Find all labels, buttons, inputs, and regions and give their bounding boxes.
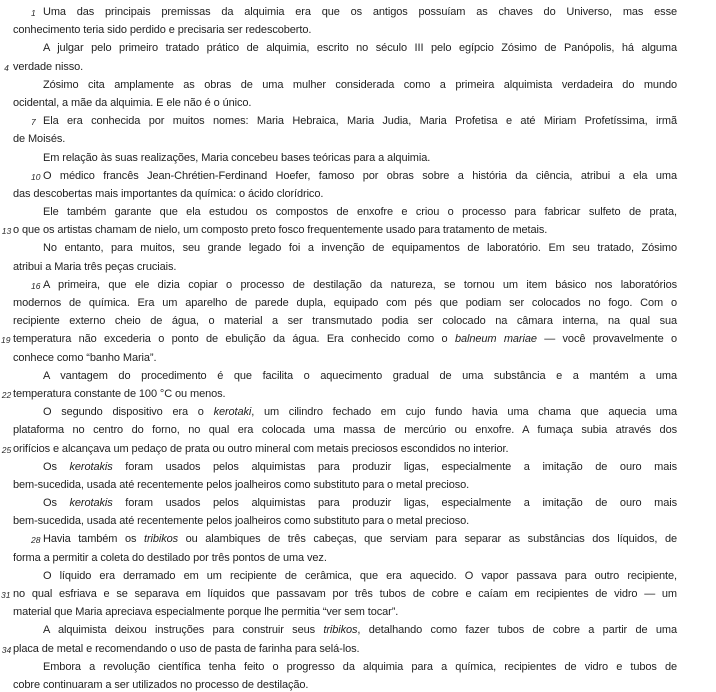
text-line: 25orifícios e alcançava um pedaço de pra… bbox=[13, 440, 677, 458]
line-number: 19 bbox=[1, 331, 12, 349]
text-line: 19temperatura não excederia o ponto de e… bbox=[13, 330, 677, 348]
text-line: Zósimo cita amplamente as obras de uma m… bbox=[13, 76, 677, 94]
italic-term: balneum mariae bbox=[455, 333, 537, 345]
text-line: bem-sucedida, usada até recentemente pel… bbox=[13, 512, 677, 530]
text-line: modernos de química. Era um aparelho de … bbox=[13, 294, 677, 312]
text-line: cobre continuaram a ser utilizados no pr… bbox=[13, 676, 677, 692]
text-line: plataforma no centro do forno, no qual e… bbox=[13, 421, 677, 439]
text-line: de Moisés. bbox=[13, 130, 677, 148]
text-segment: placa de metal e recomendando o uso de p… bbox=[13, 643, 359, 655]
text-line: conhece como “banho Maria”. bbox=[13, 349, 677, 367]
italic-term: kerotakis bbox=[70, 461, 113, 473]
text-segment: conhece como “banho Maria”. bbox=[13, 352, 156, 364]
text-line: 13o que os artistas chamam de nielo, um … bbox=[13, 221, 677, 239]
text-line: O líquido era derramado em um recipiente… bbox=[13, 567, 677, 585]
line-number: 16 bbox=[1, 277, 12, 295]
text-segment: cobre continuaram a ser utilizados no pr… bbox=[13, 679, 308, 691]
text-segment: A julgar pelo primeiro tratado prático d… bbox=[43, 42, 677, 54]
line-number: 10 bbox=[1, 168, 12, 186]
text-segment: A primeira, que ele dizia copiar o proce… bbox=[43, 279, 677, 291]
text-segment: das descobertas mais importantes da quím… bbox=[13, 188, 323, 200]
line-number: 7 bbox=[1, 113, 12, 131]
text-line: 16A primeira, que ele dizia copiar o pro… bbox=[13, 276, 677, 294]
text-line: 10O médico francês Jean-Chrétien-Ferdina… bbox=[13, 167, 677, 185]
text-segment: no qual esfriava e se separava em líquid… bbox=[13, 588, 677, 600]
text-line: 4verdade nisso. bbox=[13, 58, 677, 76]
text-segment: O segundo dispositivo era o bbox=[43, 406, 214, 418]
text-line: A alquimista deixou instruções para cons… bbox=[13, 621, 677, 639]
text-segment: modernos de química. Era um aparelho de … bbox=[13, 297, 677, 309]
text-line: No entanto, para muitos, seu grande lega… bbox=[13, 239, 677, 257]
text-segment: Os bbox=[43, 497, 70, 509]
line-number: 31 bbox=[1, 586, 12, 604]
text-segment: O líquido era derramado em um recipiente… bbox=[43, 570, 677, 582]
text-line: 34placa de metal e recomendando o uso de… bbox=[13, 640, 677, 658]
text-line: Os kerotakis foram usados pelos alquimis… bbox=[13, 494, 677, 512]
text-segment: , um cilindro fechado em cujo fundo havi… bbox=[251, 406, 677, 418]
text-segment: foram usados pelos alquimistas para prod… bbox=[113, 461, 677, 473]
text-segment: temperatura não excederia o ponto de ebu… bbox=[13, 333, 455, 345]
line-number: 4 bbox=[1, 59, 12, 77]
text-segment: ocidental, a mãe da alquimia. E ele não … bbox=[13, 97, 251, 109]
text-segment: O médico francês Jean-Chrétien-Ferdinand… bbox=[43, 170, 677, 182]
text-line: Os kerotakis foram usados pelos alquimis… bbox=[13, 458, 677, 476]
text-line: Embora a revolução científica tenha feit… bbox=[13, 658, 677, 676]
line-number: 28 bbox=[1, 531, 12, 549]
text-segment: Havia também os bbox=[43, 533, 144, 545]
text-segment: orifícios e alcançava um pedaço de prata… bbox=[13, 443, 508, 455]
text-segment: A vantagem do procedimento é que facilit… bbox=[43, 370, 677, 382]
text-segment: No entanto, para muitos, seu grande lega… bbox=[43, 242, 677, 254]
text-segment: plataforma no centro do forno, no qual e… bbox=[13, 424, 677, 436]
line-number: 34 bbox=[1, 641, 12, 659]
italic-term: tribikos bbox=[144, 533, 178, 545]
text-line: forma a permitir a coleta do destilado p… bbox=[13, 549, 677, 567]
text-segment: bem-sucedida, usada até recentemente pel… bbox=[13, 515, 469, 527]
text-segment: Em relação às suas realizações, Maria co… bbox=[43, 152, 430, 164]
text-line: A vantagem do procedimento é que facilit… bbox=[13, 367, 677, 385]
text-line: 1Uma das principais premissas da alquimi… bbox=[13, 3, 677, 21]
text-line: A julgar pelo primeiro tratado prático d… bbox=[13, 39, 677, 57]
text-segment: atribui a Maria três peças cruciais. bbox=[13, 261, 176, 273]
text-segment: ou alambiques de três cabeças, que servi… bbox=[178, 533, 677, 545]
text-line: atribui a Maria três peças cruciais. bbox=[13, 258, 677, 276]
text-line: ocidental, a mãe da alquimia. E ele não … bbox=[13, 94, 677, 112]
text-segment: Uma das principais premissas da alquimia… bbox=[43, 6, 677, 18]
line-number: 1 bbox=[1, 4, 12, 22]
text-line: material que Maria apreciava especialmen… bbox=[13, 603, 677, 621]
text-line: O segundo dispositivo era o kerotaki, um… bbox=[13, 403, 677, 421]
text-segment: material que Maria apreciava especialmen… bbox=[13, 606, 398, 618]
text-segment: , detalhando como fazer tubos de cobre a… bbox=[357, 624, 677, 636]
text-segment: verdade nisso. bbox=[13, 61, 83, 73]
text-line: Em relação às suas realizações, Maria co… bbox=[13, 149, 677, 167]
italic-term: kerotakis bbox=[70, 497, 113, 509]
italic-term: kerotaki bbox=[214, 406, 252, 418]
text-line: das descobertas mais importantes da quím… bbox=[13, 185, 677, 203]
text-segment: Ele também garante que ela estudou os co… bbox=[43, 206, 677, 218]
text-segment: Embora a revolução científica tenha feit… bbox=[43, 661, 677, 673]
text-line: recipiente externo cheio de água, o mate… bbox=[13, 312, 677, 330]
line-number: 13 bbox=[1, 222, 12, 240]
text-segment: Ela era conhecida por muitos nomes: Mari… bbox=[43, 115, 677, 127]
text-line: 22temperatura constante de 100 °C ou men… bbox=[13, 385, 677, 403]
line-number: 25 bbox=[1, 441, 12, 459]
text-line: Ele também garante que ela estudou os co… bbox=[13, 203, 677, 221]
text-segment: Zósimo cita amplamente as obras de uma m… bbox=[43, 79, 677, 91]
text-segment: temperatura constante de 100 °C ou menos… bbox=[13, 388, 225, 400]
text-line: conhecimento teria sido perdido e precis… bbox=[13, 21, 677, 39]
text-segment: A alquimista deixou instruções para cons… bbox=[43, 624, 323, 636]
text-segment: foram usados pelos alquimistas para prod… bbox=[113, 497, 677, 509]
document-body: 1Uma das principais premissas da alquimi… bbox=[0, 0, 716, 692]
line-number: 22 bbox=[1, 386, 12, 404]
text-line: 28Havia também os tribikos ou alambiques… bbox=[13, 530, 677, 548]
text-segment: conhecimento teria sido perdido e precis… bbox=[13, 24, 311, 36]
text-segment: o que os artistas chamam de nielo, um co… bbox=[13, 224, 547, 236]
text-line: 7Ela era conhecida por muitos nomes: Mar… bbox=[13, 112, 677, 130]
text-segment: bem-sucedida, usada até recentemente pel… bbox=[13, 479, 469, 491]
text-segment: Os bbox=[43, 461, 70, 473]
document-page: { "page": { "background": "#ffffff", "te… bbox=[0, 0, 716, 692]
text-line: 31no qual esfriava e se separava em líqu… bbox=[13, 585, 677, 603]
text-segment: — você provavelmente o bbox=[537, 333, 677, 345]
text-segment: forma a permitir a coleta do destilado p… bbox=[13, 552, 327, 564]
text-line: bem-sucedida, usada até recentemente pel… bbox=[13, 476, 677, 494]
italic-term: tribikos bbox=[323, 624, 357, 636]
text-segment: recipiente externo cheio de água, o mate… bbox=[13, 315, 677, 327]
text-segment: de Moisés. bbox=[13, 133, 65, 145]
